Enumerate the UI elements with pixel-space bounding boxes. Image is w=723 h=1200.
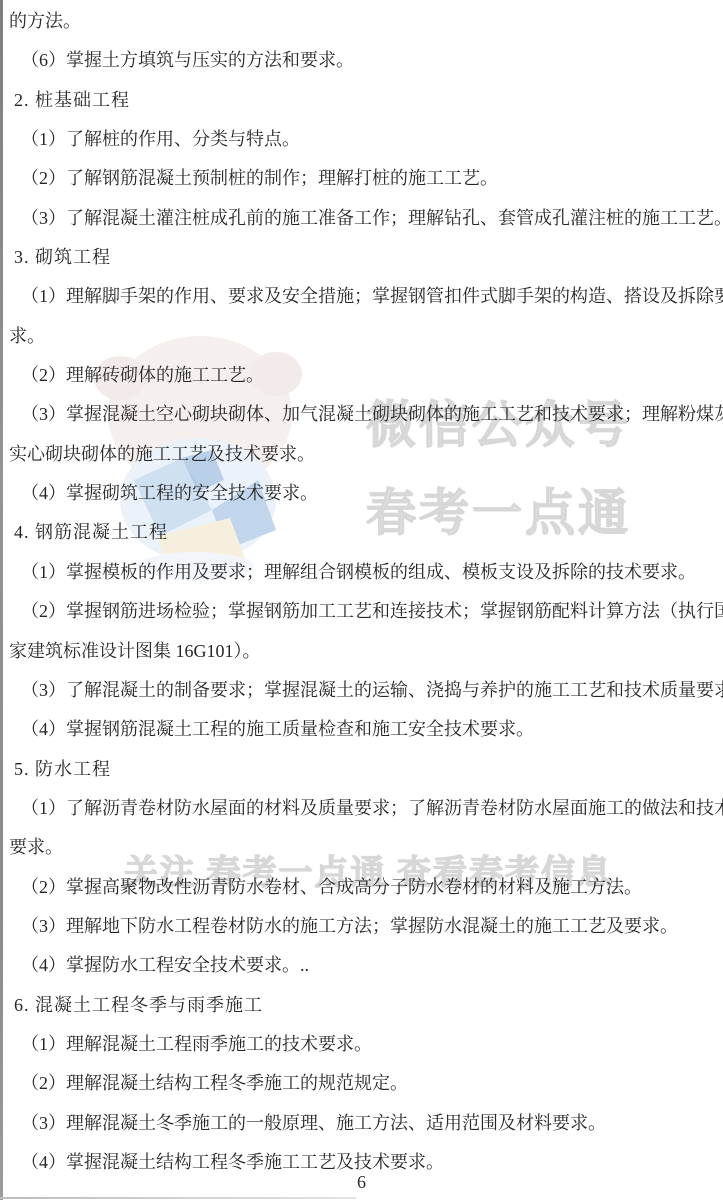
text-line: （1）了解沥青卷材防水屋面的材料及质量要求；了解沥青卷材防水屋面施工的做法和技术 bbox=[0, 789, 723, 828]
text-line: （2）掌握钢筋进场检验；掌握钢筋加工工艺和连接技术；掌握钢筋配料计算方法（执行国 bbox=[0, 592, 723, 631]
text-line: （3）掌握混凝土空心砌块砌体、加气混凝土砌块砌体的施工工艺和技术要求；理解粉煤灰 bbox=[0, 395, 723, 434]
text-line: （3）了解混凝土的制备要求；掌握混凝土的运输、浇捣与养护的施工工艺和技术质量要求… bbox=[0, 671, 723, 710]
text-line: 3. 砌筑工程 bbox=[0, 238, 723, 277]
text-line: 2. 桩基础工程 bbox=[0, 81, 723, 120]
text-line: 实心砌块砌体的施工工艺及技术要求。 bbox=[0, 435, 723, 474]
text-line: 求。 bbox=[0, 317, 723, 356]
text-line: （2）理解砖砌体的施工工艺。 bbox=[0, 356, 723, 395]
text-line: （3）理解地下防水工程卷材防水的施工方法；掌握防水混凝土的施工工艺及要求。 bbox=[0, 907, 723, 946]
text-line: （1）理解脚手架的作用、要求及安全措施；掌握钢管扣件式脚手架的构造、搭设及拆除要 bbox=[0, 277, 723, 316]
text-line: （4）掌握砌筑工程的安全技术要求。 bbox=[0, 474, 723, 513]
text-line: （4）掌握防水工程安全技术要求。.. bbox=[0, 946, 723, 985]
document-page: 微信公众号 春考一点通 关注 春考一点通 查看春考信息 的方法。（6）掌握土方填… bbox=[0, 0, 723, 1200]
text-line: 的方法。 bbox=[0, 2, 723, 41]
text-line: 5. 防水工程 bbox=[0, 750, 723, 789]
text-line: （2）掌握高聚物改性沥青防水卷材、合成高分子防水卷材的材料及施工方法。 bbox=[0, 868, 723, 907]
text-line: （2）理解混凝土结构工程冬季施工的规范规定。 bbox=[0, 1064, 723, 1103]
text-line: （1）掌握模板的作用及要求；理解组合钢模板的组成、模板支设及拆除的技术要求。 bbox=[0, 553, 723, 592]
scan-edge-bottom bbox=[0, 1197, 356, 1199]
page-number: 6 bbox=[0, 1172, 723, 1193]
text-line: （2）了解钢筋混凝土预制桩的制作；理解打桩的施工工艺。 bbox=[0, 159, 723, 198]
text-line: 6. 混凝土工程冬季与雨季施工 bbox=[0, 986, 723, 1025]
text-line: （1）理解混凝土工程雨季施工的技术要求。 bbox=[0, 1025, 723, 1064]
text-line: （6）掌握土方填筑与压实的方法和要求。 bbox=[0, 41, 723, 80]
text-line: （1）了解桩的作用、分类与特点。 bbox=[0, 120, 723, 159]
text-line: （3）理解混凝土冬季施工的一般原理、施工方法、适用范围及材料要求。 bbox=[0, 1104, 723, 1143]
text-line: 4. 钢筋混凝土工程 bbox=[0, 513, 723, 552]
scan-edge-left bbox=[0, 0, 3, 1200]
text-line: 要求。 bbox=[0, 828, 723, 867]
text-line: （3）了解混凝土灌注桩成孔前的施工准备工作；理解钻孔、套管成孔灌注桩的施工工艺。 bbox=[0, 199, 723, 238]
document-text: 的方法。（6）掌握土方填筑与压实的方法和要求。2. 桩基础工程（1）了解桩的作用… bbox=[0, 2, 723, 1182]
text-line: （4）掌握钢筋混凝土工程的施工质量检查和施工安全技术要求。 bbox=[0, 710, 723, 749]
text-line: 家建筑标准设计图集 16G101）。 bbox=[0, 632, 723, 671]
